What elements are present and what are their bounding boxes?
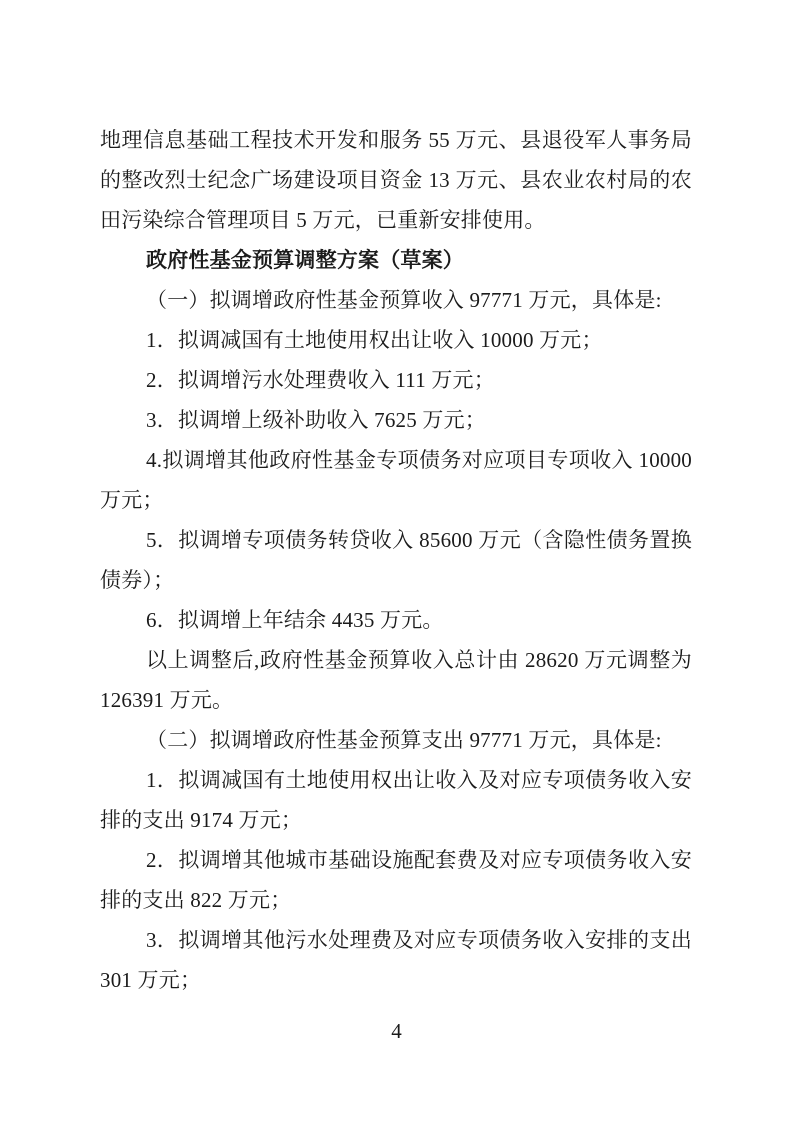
expense-item-3-line-2: 301 万元； bbox=[100, 960, 692, 1000]
page-number: 4 bbox=[0, 1011, 793, 1051]
intro-paragraph-line-2: 的整改烈士纪念广场建设项目资金 13 万元、县农业农村局的农 bbox=[100, 160, 692, 200]
revenue-item-3: 3．拟调增上级补助收入 7625 万元； bbox=[100, 400, 692, 440]
revenue-item-5-line-1: 5．拟调增专项债务转贷收入 85600 万元（含隐性债务置换 bbox=[100, 520, 692, 560]
subsection-2-expenditure-intro: （二）拟调增政府性基金预算支出 97771 万元，具体是: bbox=[100, 720, 692, 760]
revenue-item-4-line-2: 万元； bbox=[100, 480, 692, 520]
revenue-item-4-line-1: 4.拟调增其他政府性基金专项债务对应项目专项收入 10000 bbox=[100, 440, 692, 480]
revenue-item-1: 1．拟调减国有土地使用权出让收入 10000 万元； bbox=[100, 320, 692, 360]
expense-item-1-line-1: 1．拟调减国有土地使用权出让收入及对应专项债务收入安 bbox=[100, 760, 692, 800]
expense-item-2-line-1: 2．拟调增其他城市基础设施配套费及对应专项债务收入安 bbox=[100, 840, 692, 880]
expense-item-3-line-1: 3．拟调增其他污水处理费及对应专项债务收入安排的支出 bbox=[100, 920, 692, 960]
revenue-total-line-2: 126391 万元。 bbox=[100, 680, 692, 720]
revenue-total-line-1: 以上调整后,政府性基金预算收入总计由 28620 万元调整为 bbox=[100, 640, 692, 680]
subsection-1-revenue-intro: （一）拟调增政府性基金预算收入 97771 万元，具体是: bbox=[100, 280, 692, 320]
section-heading-fund-budget-plan: 政府性基金预算调整方案（草案） bbox=[100, 240, 692, 280]
expense-item-2-line-2: 排的支出 822 万元； bbox=[100, 880, 692, 920]
expense-item-1-line-2: 排的支出 9174 万元； bbox=[100, 800, 692, 840]
revenue-item-5-line-2: 债券）； bbox=[100, 560, 692, 600]
document-body: 地理信息基础工程技术开发和服务 55 万元、县退役军人事务局 的整改烈士纪念广场… bbox=[100, 120, 692, 1000]
revenue-item-2: 2．拟调增污水处理费收入 111 万元； bbox=[100, 360, 692, 400]
intro-paragraph-line-3: 田污染综合管理项目 5 万元，已重新安排使用。 bbox=[100, 200, 692, 240]
intro-paragraph-line-1: 地理信息基础工程技术开发和服务 55 万元、县退役军人事务局 bbox=[100, 120, 692, 160]
revenue-item-6: 6．拟调增上年结余 4435 万元。 bbox=[100, 600, 692, 640]
document-page: 地理信息基础工程技术开发和服务 55 万元、县退役军人事务局 的整改烈士纪念广场… bbox=[0, 0, 793, 1122]
